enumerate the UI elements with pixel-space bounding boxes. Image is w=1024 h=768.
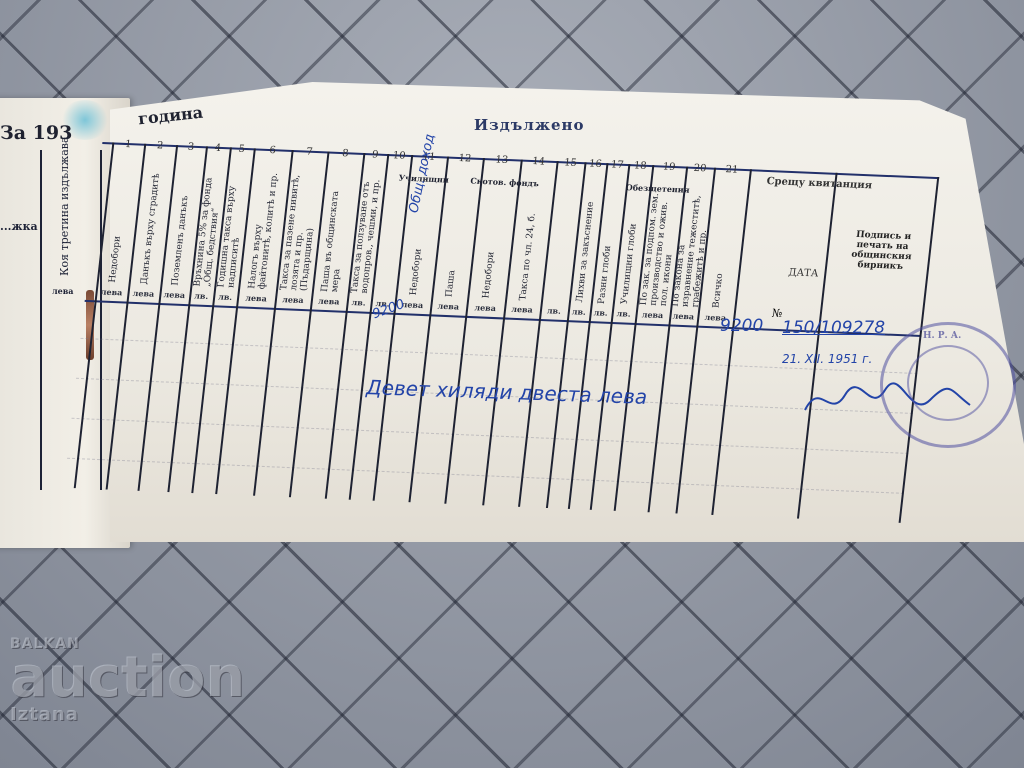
column-label: Данъкъ върху сградитѣ <box>140 173 162 285</box>
column-number: 14 <box>520 156 557 168</box>
column-number: 12 <box>446 152 483 164</box>
column-unit: лв. <box>567 306 590 317</box>
receipt-number: 150/109278 <box>782 318 885 338</box>
column-unit: лева <box>504 303 541 314</box>
column-number: 16 <box>584 158 607 170</box>
column-number: 9 <box>363 149 388 161</box>
column-unit: лева <box>669 310 698 321</box>
column-label: Паша <box>444 270 457 297</box>
column-label: Паша въ общинската мера <box>320 174 353 293</box>
left-column-label: ...жка <box>0 220 38 233</box>
column-number: 20 <box>685 163 714 175</box>
page-title: Издължено <box>474 116 585 134</box>
date-label: ДАТА <box>788 267 819 279</box>
column-unit: лв. <box>213 291 238 302</box>
total-amount: 9200 <box>720 316 763 336</box>
column-number: 8 <box>327 147 364 159</box>
left-column-unit: лева <box>52 286 73 296</box>
official-stamp: Н. Р. А. <box>880 322 1016 448</box>
watermark: BALKAN auction Iztana <box>10 636 245 725</box>
column-unit: лева <box>127 288 160 299</box>
column-unit: лв. <box>589 307 612 318</box>
column-unit: лв. <box>189 290 214 301</box>
column-unit: лева <box>310 295 347 306</box>
column-unit: лв. <box>346 297 371 308</box>
signature-header: Подпись и печать на общинския бирникъ <box>835 229 929 273</box>
column-number: 4 <box>205 142 230 154</box>
column-unit: лв. <box>539 305 568 316</box>
column-label: Недобори <box>108 236 123 283</box>
column-unit: лева <box>159 289 190 300</box>
column-label: Разни глоби <box>597 245 613 304</box>
left-column-label: Коя третина издължава <box>58 156 71 276</box>
column-unit: лева <box>275 294 312 305</box>
column-label: Такса по чл. 24, б. <box>518 213 538 301</box>
column-number: 2 <box>143 140 176 152</box>
receipt-header: Срещу квитанция <box>766 176 873 191</box>
column-number: 21 <box>713 164 750 176</box>
column-label: Училищни глоби <box>620 224 639 305</box>
column-label: Налогъ върху файтонитѣ, колитѣ и пр. <box>247 171 280 290</box>
column-unit: лева <box>430 300 467 311</box>
column-number: 10 <box>387 150 412 162</box>
column-unit: лева <box>95 286 128 297</box>
column-unit: лева <box>635 309 670 320</box>
column-label: Недобори <box>409 249 424 296</box>
column-number: 1 <box>112 138 145 150</box>
column-number: 6 <box>253 144 292 157</box>
column-number: 7 <box>291 146 328 158</box>
column-label: Недобори <box>481 252 496 299</box>
column-number: 13 <box>482 154 521 167</box>
receipt-book-photo: За 193 ...жка Коя третина издължава лева… <box>0 0 1024 768</box>
column-number: 3 <box>175 141 206 153</box>
column-unit: лв. <box>611 308 636 319</box>
column-number: 18 <box>628 160 653 172</box>
column-label: Поземленъ данъкъ <box>170 195 190 285</box>
receipt-date: 21. XII. 1951 г. <box>782 352 872 366</box>
column-number: 17 <box>606 159 629 171</box>
column-unit: лева <box>237 292 276 304</box>
column-number: 19 <box>652 161 687 173</box>
column-number: 5 <box>229 143 254 155</box>
column-label: Всичко <box>711 273 725 308</box>
column-number: 15 <box>556 157 585 169</box>
column-unit: лева <box>466 302 505 314</box>
